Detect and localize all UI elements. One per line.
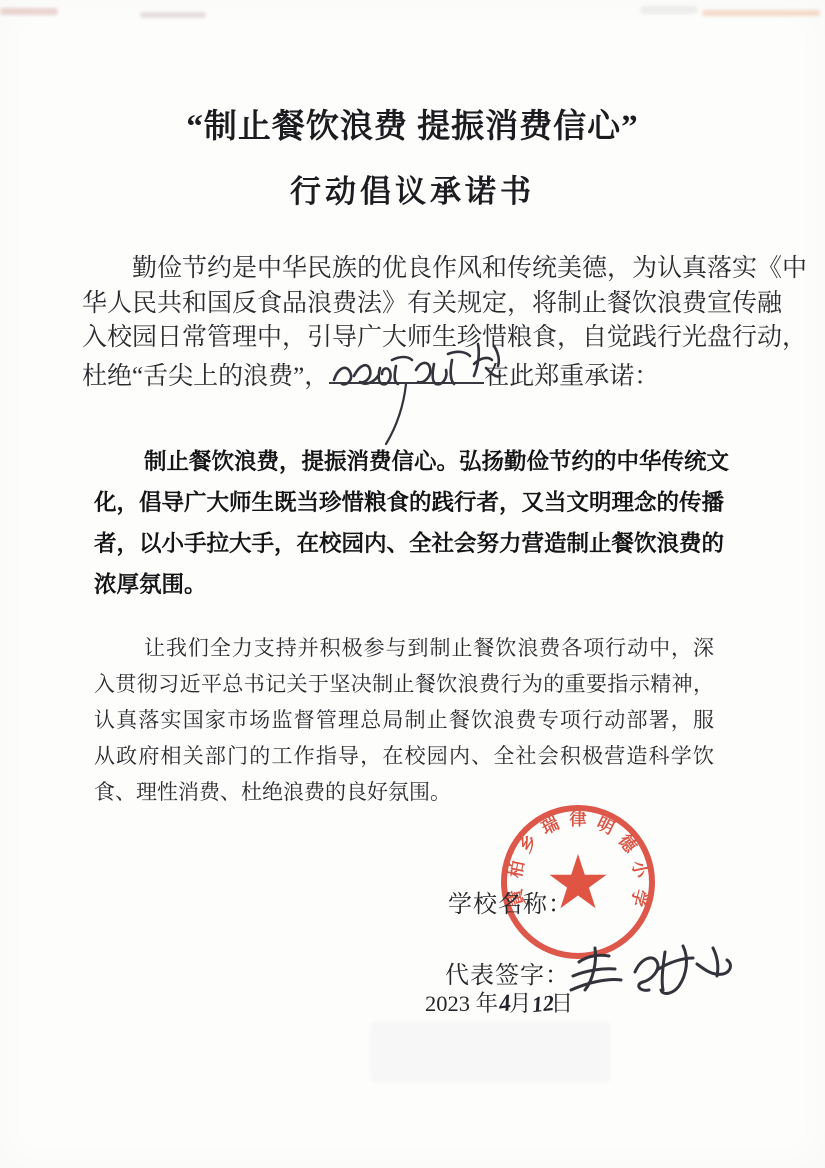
school-name-label: 学校名称： [448, 884, 573, 919]
paragraph-line: 入校园日常管理中，引导广大师生珍惜粮食，自觉践行光盘行动， [82, 321, 777, 356]
handwritten-signature-scribble [565, 938, 745, 1000]
paragraph-line: 化，倡导广大师生既当珍惜粮食的践行者，又当文明理念的传播 [94, 482, 714, 523]
seal-ring [504, 808, 652, 956]
representative-signature-label: 代表签字： [445, 955, 570, 990]
paragraph-line: 认真落实国家市场监督管理总局制止餐饮浪费专项行动部署，服 [94, 702, 714, 738]
paragraph-commitment: 制止餐饮浪费，提振消费信心。弘扬勤俭节约的中华传统文 化，倡导广大师生既当珍惜粮… [94, 441, 714, 605]
date-line: 2023 年4月12日 [425, 986, 573, 1018]
document-title: “制止餐饮浪费 提振消费信心” [0, 100, 825, 147]
paragraph-line: 食、理性消费、杜绝浪费的良好氛围。 [94, 774, 714, 810]
scan-artifact [640, 6, 698, 14]
paragraph-opening: 勤俭节约是中华民族的优良作风和传统美德，为认真落实《中 华人民共和国反食品浪费法… [82, 252, 777, 394]
paragraph-line: 者，以小手拉大手，在校园内、全社会努力营造制止餐饮浪费的 [94, 523, 714, 564]
paragraph-line: 制止餐饮浪费，提振消费信心。弘扬勤俭节约的中华传统文 [94, 441, 714, 482]
line4-before-text: 杜绝“舌尖上的浪费”， [82, 363, 329, 390]
school-name-blank-underline [329, 356, 484, 384]
school-seal-stamp: 黄柏乡瑞律明德小学 [488, 792, 668, 972]
scan-artifact [0, 8, 58, 15]
line4-after-text: 在此郑重承诺： [484, 363, 659, 390]
paragraph-line: 入贯彻习近平总书记关于坚决制止餐饮浪费行为的重要指示精神， [94, 666, 714, 702]
paragraph-line: 从政府相关部门的工作指导，在校园内、全社会积极营造科学饮 [94, 738, 714, 774]
paragraph-line: 让我们全力支持并积极参与到制止餐饮浪费各项行动中，深 [94, 630, 714, 666]
paragraph-action: 让我们全力支持并积极参与到制止餐饮浪费各项行动中，深 入贯彻习近平总书记关于坚决… [94, 630, 714, 810]
paragraph-line: 勤俭节约是中华民族的优良作风和传统美德，为认真落实《中 [82, 252, 777, 287]
date-year-printed: 2023 年 [425, 991, 498, 1016]
scan-artifact [702, 10, 820, 16]
paragraph-line: 浓厚氛围。 [94, 564, 714, 605]
document-page: “制止餐饮浪费 提振消费信心” 行动倡议承诺书 勤俭节约是中华民族的优良作风和传… [0, 0, 825, 1168]
document-subtitle: 行动倡议承诺书 [0, 166, 825, 211]
paragraph-line: 杜绝“舌尖上的浪费”，在此郑重承诺： [82, 356, 777, 395]
date-month-char: 月 [509, 991, 532, 1016]
scan-artifact [370, 1022, 610, 1082]
paragraph-line: 华人民共和国反食品浪费法》有关规定，将制止餐饮浪费宣传融 [82, 287, 777, 322]
handwritten-day: 12 [530, 990, 555, 1018]
scan-artifact [140, 12, 206, 18]
